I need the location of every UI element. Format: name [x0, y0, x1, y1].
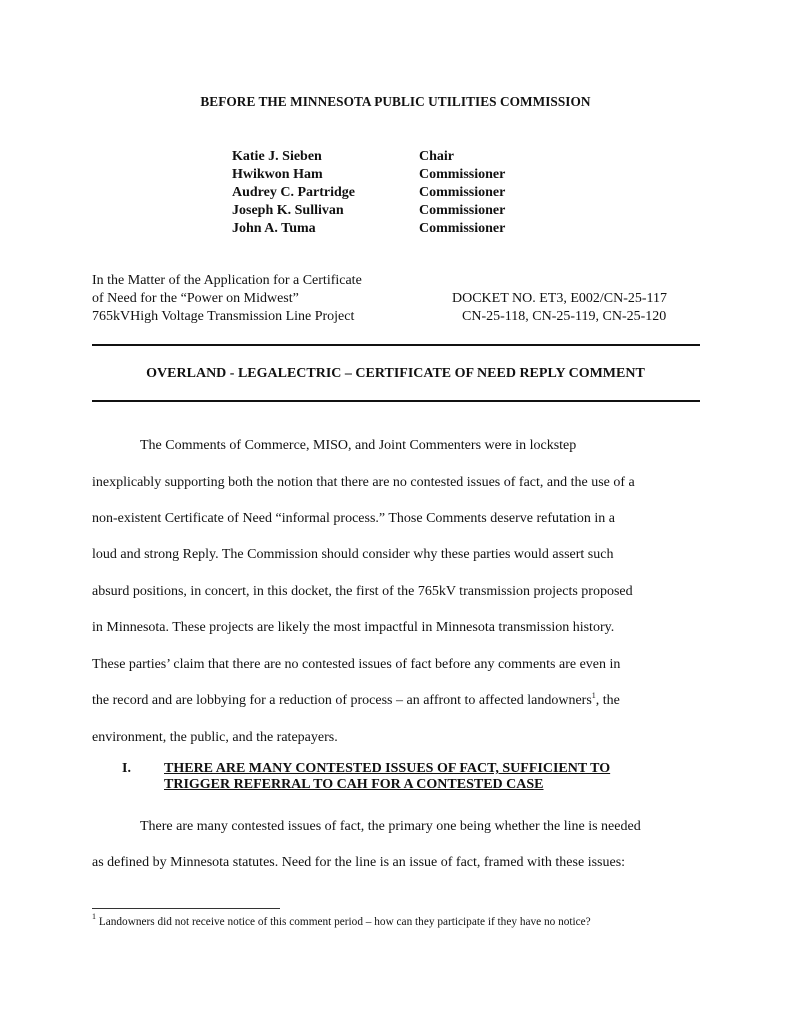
commissioner-row: John A. Tuma Commissioner: [232, 220, 505, 238]
section-title-line: THERE ARE MANY CONTESTED ISSUES OF FACT,…: [164, 761, 610, 777]
paragraph-line-with-footnote: the record and are lobbying for a reduct…: [92, 693, 620, 709]
footnote-separator: [92, 908, 280, 909]
paragraph-line: These parties’ claim that there are no c…: [92, 657, 620, 673]
paragraph-line: absurd positions, in concert, in this do…: [92, 584, 633, 600]
commissioner-name: Katie J. Sieben: [232, 148, 419, 166]
section-number: I.: [122, 761, 131, 777]
commissioner-row: Katie J. Sieben Chair: [232, 148, 505, 166]
commissioner-name: Hwikwon Ham: [232, 166, 419, 184]
commissioner-row: Hwikwon Ham Commissioner: [232, 166, 505, 184]
paragraph-line-text: , the: [596, 693, 620, 708]
paragraph-line: loud and strong Reply. The Commission sh…: [92, 547, 613, 563]
footnote-text: Landowners did not receive notice of thi…: [99, 916, 591, 928]
title-rule-top: [92, 344, 700, 346]
matter-line: 765kVHigh Voltage Transmission Line Proj…: [92, 308, 362, 326]
docket-line: CN-25-118, CN-25-119, CN-25-120: [452, 308, 667, 326]
commissioner-role: Commissioner: [419, 166, 505, 184]
paragraph-line: in Minnesota. These projects are likely …: [92, 620, 614, 636]
paragraph-line: non-existent Certificate of Need “inform…: [92, 511, 615, 527]
title-rule-bottom: [92, 400, 700, 402]
commissioner-name: Audrey C. Partridge: [232, 184, 419, 202]
matter-caption: In the Matter of the Application for a C…: [92, 272, 362, 326]
commissioner-name: John A. Tuma: [232, 220, 419, 238]
section-title: THERE ARE MANY CONTESTED ISSUES OF FACT,…: [164, 761, 610, 793]
section-title-line: TRIGGER REFERRAL TO CAH FOR A CONTESTED …: [164, 777, 610, 793]
matter-line: of Need for the “Power on Midwest”: [92, 290, 362, 308]
matter-line: In the Matter of the Application for a C…: [92, 272, 362, 290]
paragraph-line: as defined by Minnesota statutes. Need f…: [92, 855, 625, 871]
commissioner-name: Joseph K. Sullivan: [232, 202, 419, 220]
footnote: 1 Landowners did not receive notice of t…: [92, 916, 591, 928]
paragraph-line: The Comments of Commerce, MISO, and Join…: [92, 438, 576, 454]
commissioner-list: Katie J. Sieben Chair Hwikwon Ham Commis…: [232, 148, 505, 238]
paragraph-line: environment, the public, and the ratepay…: [92, 730, 338, 746]
docket-line: DOCKET NO. ET3, E002/CN-25-117: [452, 290, 667, 308]
court-title: BEFORE THE MINNESOTA PUBLIC UTILITIES CO…: [0, 94, 791, 110]
paragraph-line: inexplicably supporting both the notion …: [92, 475, 635, 491]
paragraph-line-text: the record and are lobbying for a reduct…: [92, 693, 592, 708]
document-page: BEFORE THE MINNESOTA PUBLIC UTILITIES CO…: [0, 0, 791, 1024]
commissioner-role: Commissioner: [419, 220, 505, 238]
commissioner-role: Commissioner: [419, 184, 505, 202]
commissioner-role: Chair: [419, 148, 454, 166]
commissioner-role: Commissioner: [419, 202, 505, 220]
footnote-number: 1: [92, 912, 96, 921]
commissioner-row: Audrey C. Partridge Commissioner: [232, 184, 505, 202]
reply-title: OVERLAND - LEGALECTRIC – CERTIFICATE OF …: [0, 366, 791, 382]
commissioner-row: Joseph K. Sullivan Commissioner: [232, 202, 505, 220]
docket-number: DOCKET NO. ET3, E002/CN-25-117 CN-25-118…: [452, 290, 667, 326]
paragraph-line: There are many contested issues of fact,…: [92, 819, 641, 835]
